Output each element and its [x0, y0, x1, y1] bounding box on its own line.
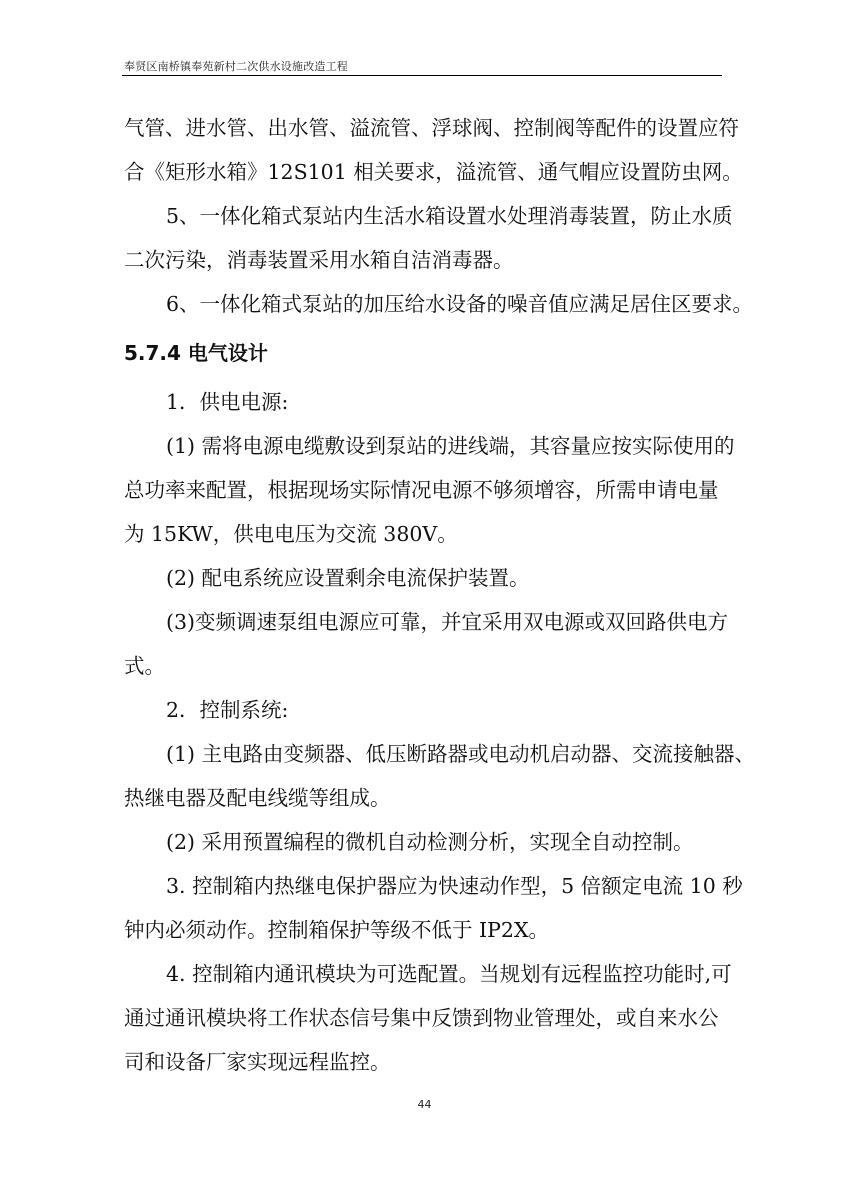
paragraph-line: 司和设备厂家实现远程监控。	[124, 1040, 724, 1084]
paragraph-line: 为 15KW，供电电压为交流 380V。	[124, 512, 724, 556]
paragraph-line: 气管、进水管、出水管、溢流管、浮球阀、控制阀等配件的设置应符	[124, 106, 714, 150]
paragraph-line: (3)变频调速泵组电源应可靠，并宜采用双电源或双回路供电方	[124, 600, 714, 644]
header-divider	[122, 75, 722, 76]
paragraph-line: (1) 主电路由变频器、低压断路器或电动机启动器、交流接触器、	[124, 732, 714, 776]
paragraph-line: 总功率来配置，根据现场实际情况电源不够须增容，所需申请电量	[124, 468, 714, 512]
document-body: 气管、进水管、出水管、溢流管、浮球阀、控制阀等配件的设置应符 合《矩形水箱》12…	[124, 106, 724, 1084]
paragraph-line: (2) 采用预置编程的微机自动检测分析，实现全自动控制。	[124, 820, 724, 864]
document-page: 奉贤区南桥镇奉苑新村二次供水设施改造工程 气管、进水管、出水管、溢流管、浮球阀、…	[0, 0, 849, 1200]
running-header: 奉贤区南桥镇奉苑新村二次供水设施改造工程	[124, 58, 348, 74]
paragraph-line: 热继电器及配电线缆等组成。	[124, 776, 724, 820]
paragraph-line: 通过通讯模块将工作状态信号集中反馈到物业管理处，或自来水公	[124, 996, 714, 1040]
paragraph-line: (2) 配电系统应设置剩余电流保护装置。	[124, 556, 724, 600]
paragraph-line: 式。	[124, 644, 724, 688]
paragraph-line: 二次污染，消毒装置采用水箱自洁消毒器。	[124, 238, 724, 282]
paragraph-line: 合《矩形水箱》12S101 相关要求，溢流管、通气帽应设置防虫网。	[124, 150, 714, 194]
paragraph-line: 4. 控制箱内通讯模块为可选配置。当规划有远程监控功能时,可	[124, 952, 714, 996]
subsection-title: 2．控制系统:	[124, 688, 724, 732]
paragraph-line: 5、一体化箱式泵站内生活水箱设置水处理消毒装置，防止水质	[124, 194, 714, 238]
subsection-title: 1．供电电源:	[124, 380, 724, 424]
paragraph-line: 3. 控制箱内热继电保护器应为快速动作型，5 倍额定电流 10 秒	[124, 864, 714, 908]
paragraph-line: 钟内必须动作。控制箱保护等级不低于 IP2X。	[124, 908, 724, 952]
page-number: 44	[0, 1098, 849, 1111]
paragraph-line: (1) 需将电源电缆敷设到泵站的进线端，其容量应按实际使用的	[124, 424, 714, 468]
paragraph-line: 6、一体化箱式泵站的加压给水设备的噪音值应满足居住区要求。	[124, 282, 714, 326]
section-heading: 5.7.4 电气设计	[124, 326, 724, 380]
